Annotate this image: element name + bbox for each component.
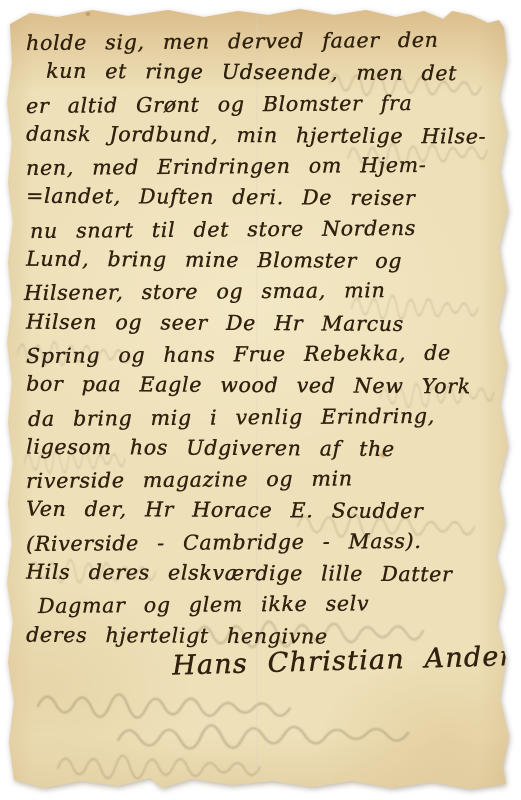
handwritten-line: Spring og hans Frue Rebekka, de — [26, 337, 504, 372]
handwritten-line: Lund, bring mine Blomster og — [26, 244, 504, 278]
handwritten-line: Hils deres elskværdige lille Datter — [26, 557, 504, 591]
handwritten-text-block: holde sig, men derved faaer denkun et ri… — [26, 26, 504, 652]
handwritten-line: holde sig, men derved faaer den — [26, 24, 504, 59]
handwritten-line: er altid Grønt og Blomster fra — [26, 87, 504, 122]
handwritten-line: kun et ringe Udseende, men det — [46, 56, 504, 90]
aged-paper-sheet: holde sig, men derved faaer denkun et ri… — [0, 0, 521, 800]
handwritten-line: Hilsener, store og smaa, min — [24, 274, 504, 309]
handwritten-line: (Riverside - Cambridge - Mass). — [26, 525, 504, 560]
handwritten-line: ligesom hos Udgiveren af the — [26, 431, 504, 465]
paper-shadow: holde sig, men derved faaer denkun et ri… — [0, 0, 521, 800]
handwritten-line: bor paa Eagle wood ved New York — [26, 369, 504, 403]
handwritten-line: dansk Jordbund, min hjertelige Hilse- — [26, 118, 504, 152]
handwritten-line: Hilsen og seer De Hr Marcus — [26, 306, 504, 340]
handwritten-line: =landet, Duften deri. De reiser — [26, 181, 504, 215]
letter-scan: holde sig, men derved faaer denkun et ri… — [0, 0, 521, 800]
handwritten-line: nen, med Erindringen om Hjem- — [26, 149, 504, 184]
handwritten-line: nu snart til det store Nordens — [30, 212, 504, 247]
handwritten-line: Dagmar og glem ikke selv — [38, 588, 504, 623]
handwritten-line: Ven der, Hr Horace E. Scudder — [26, 494, 504, 528]
handwritten-line: da bring mig i venlig Erindring, — [28, 400, 504, 435]
handwritten-line: riverside magazine og min — [26, 462, 504, 497]
